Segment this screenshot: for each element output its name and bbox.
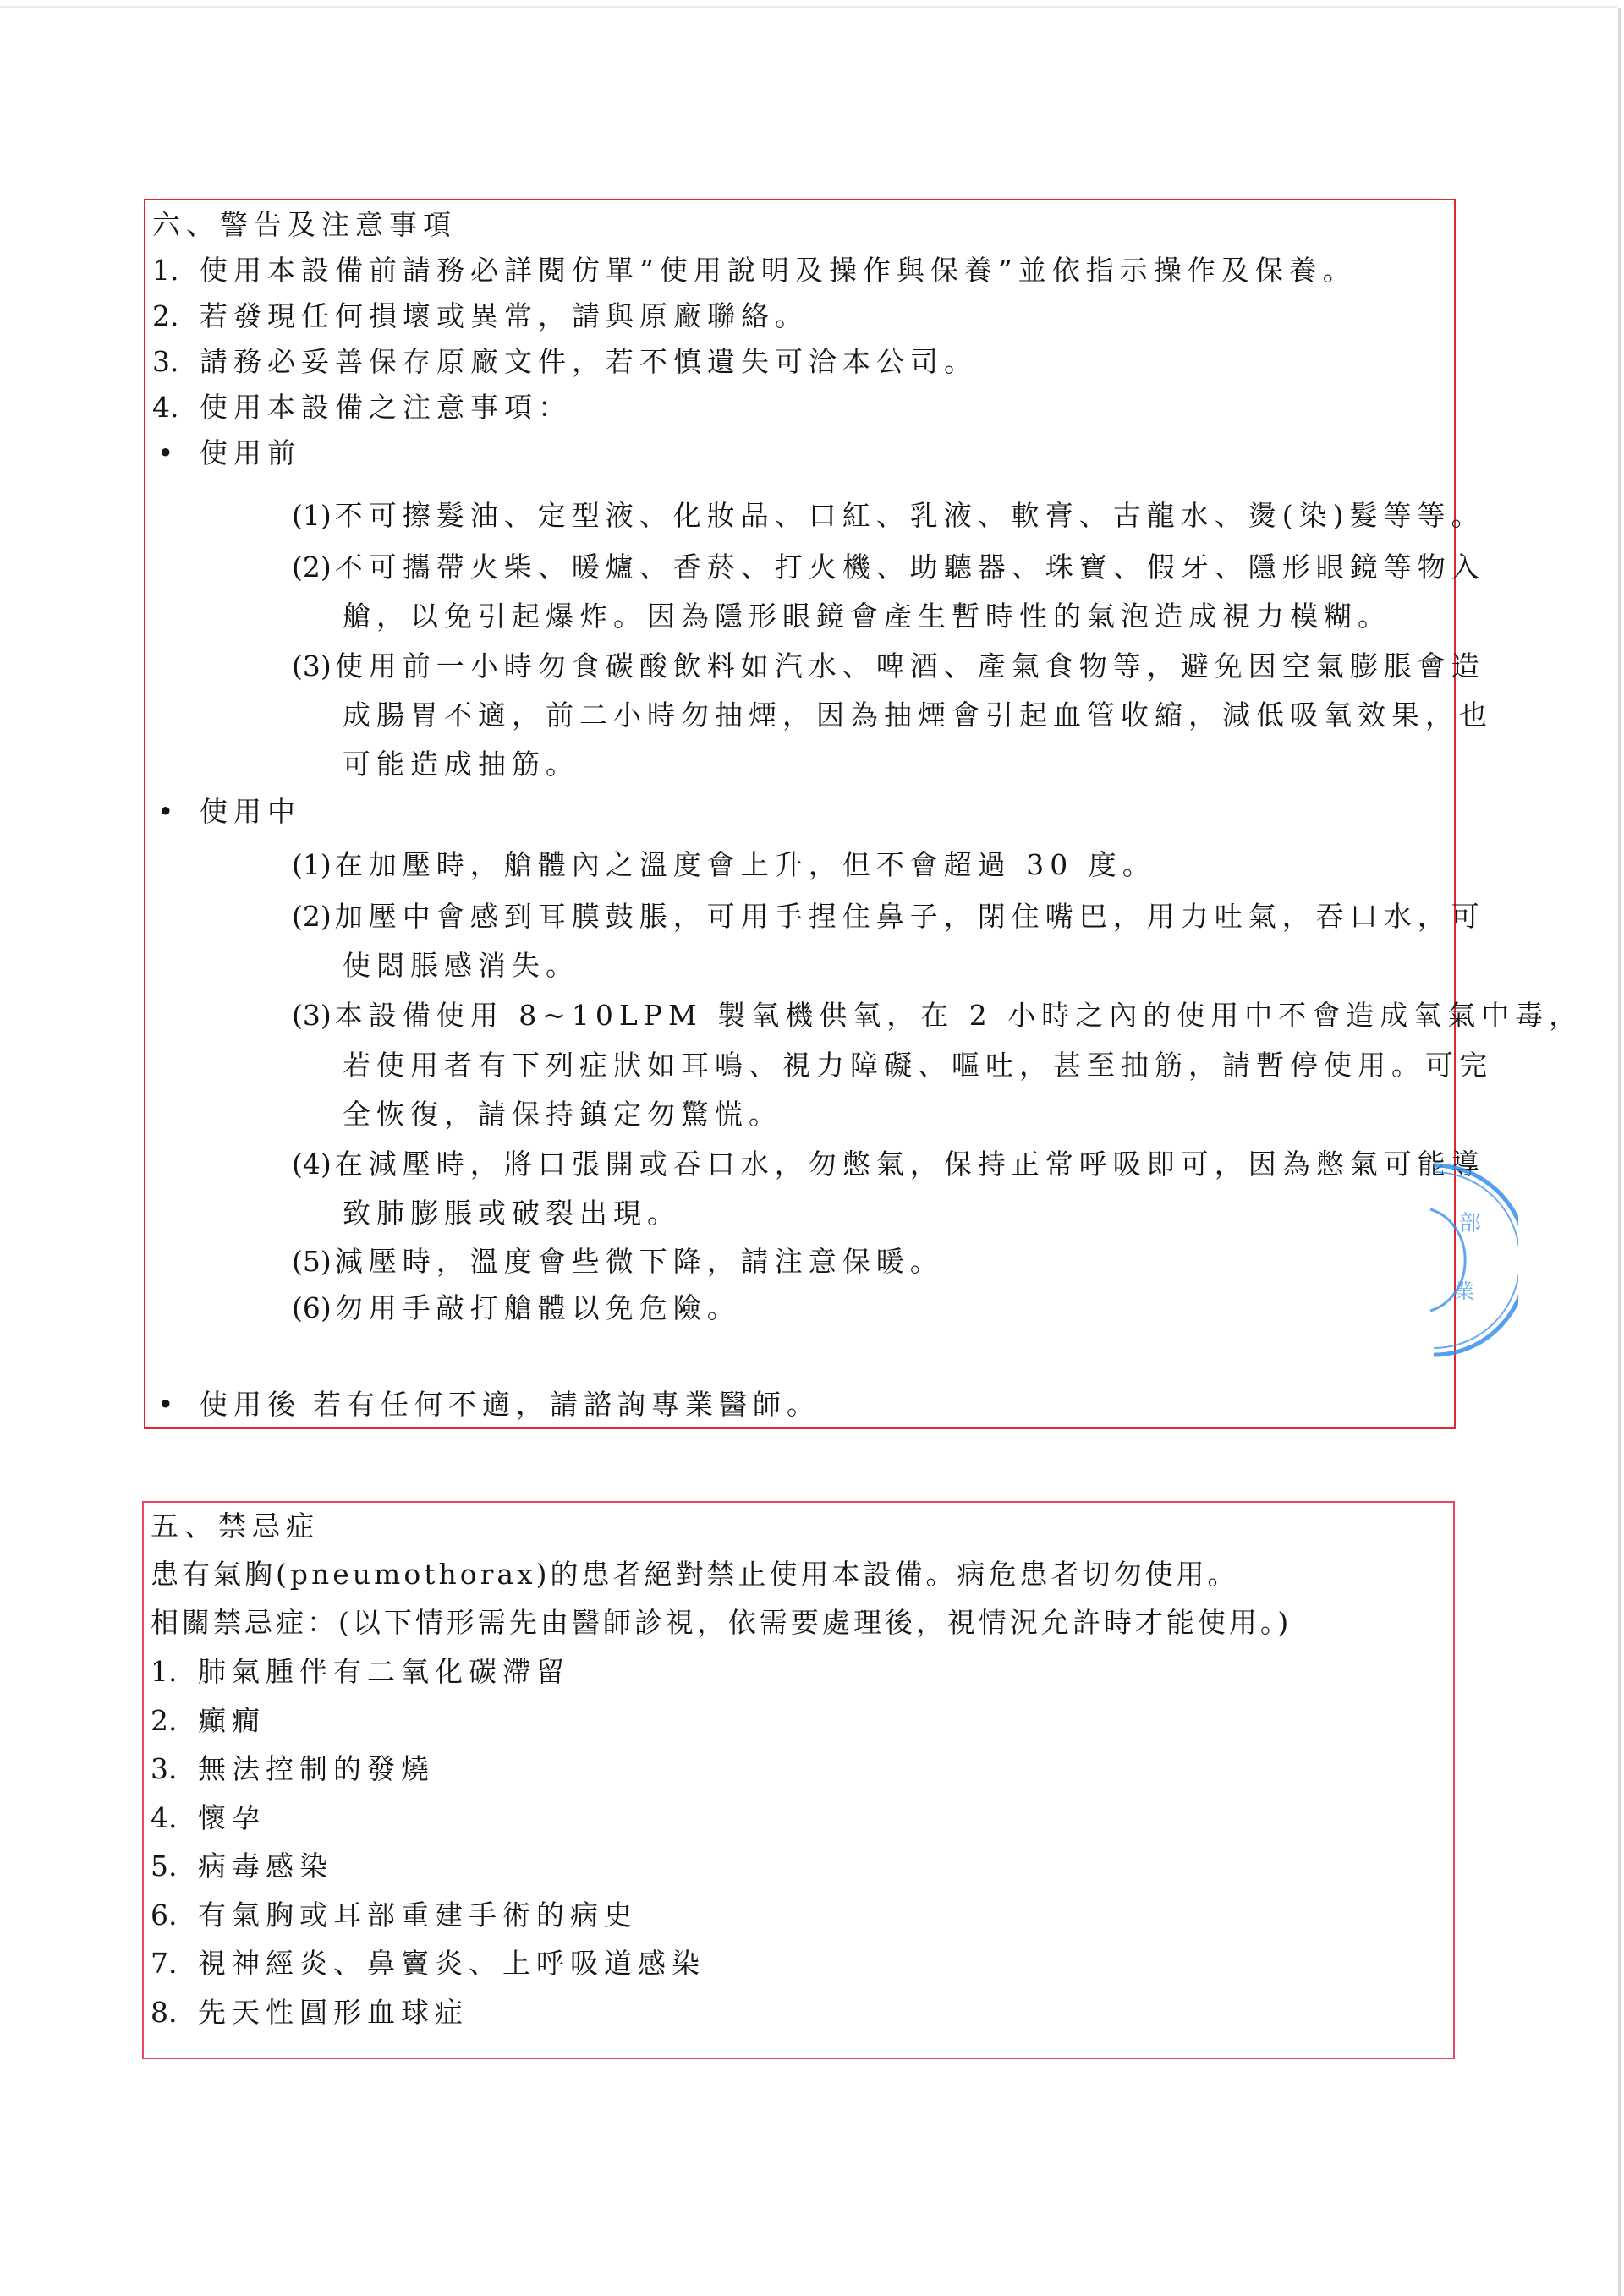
contraindication-item-5: 5.病毒感染 xyxy=(151,1849,333,1883)
sub-item-text: 加壓中會感到耳膜鼓脹，可用手捏住鼻子，閉住嘴巴，用力吐氣，吞口水，可 xyxy=(335,900,1485,933)
during-use-item-4: (4)在減壓時，將口張開或吞口水，勿憋氣，保持正常呼吸即可，因為憋氣可能導 xyxy=(292,1148,1485,1181)
item-number: 5. xyxy=(151,1849,198,1883)
sub-item-number: (4) xyxy=(292,1148,332,1181)
contraindications-heading: 五、禁忌症 xyxy=(151,1510,320,1543)
item-number: 3. xyxy=(151,1752,198,1786)
sub-item-number: (3) xyxy=(292,999,332,1032)
item-text: 有氣胸或耳部重建手術的病史 xyxy=(198,1899,638,1932)
item-number: 6. xyxy=(151,1899,198,1932)
sub-item-number: (3) xyxy=(292,649,332,682)
during-use-label: 使用中 xyxy=(200,795,301,828)
sub-item-text: 本設備使用 8~10LPM 製氧機供氧，在 2 小時之內的使用中不會造成氧氣中毒… xyxy=(335,999,1583,1032)
scan-edge-right xyxy=(1618,8,1621,2296)
sub-item-number: (6) xyxy=(292,1291,332,1324)
during-use-item-3-cont-1: 若使用者有下列症狀如耳鳴、視力障礙、嘔吐，甚至抽筋，請暫停使用。可完 xyxy=(343,1049,1493,1082)
item-number: 4. xyxy=(152,391,200,425)
warning-item-2: 2.若發現任何損壞或異常，請與原廠聯絡。 xyxy=(152,299,809,333)
during-use-item-5: (5)減壓時，溫度會些微下降，請注意保暖。 xyxy=(292,1245,944,1279)
before-use-item-3-cont-2: 可能造成抽筋。 xyxy=(343,748,579,781)
sub-item-text: 在減壓時，將口張開或吞口水，勿憋氣，保持正常呼吸即可，因為憋氣可能導 xyxy=(335,1148,1485,1181)
during-use-item-3-cont-2: 全恢復，請保持鎮定勿驚慌。 xyxy=(343,1098,782,1132)
item-number: 4. xyxy=(151,1801,198,1835)
item-text: 癲癇 xyxy=(198,1704,266,1737)
sub-item-text: 不可擦髮油、定型液、化妝品、口紅、乳液、軟膏、古龍水、燙(染)髮等等。 xyxy=(335,499,1485,532)
before-use-item-2-cont: 艙，以免引起爆炸。因為隱形眼鏡會產生暫時性的氣泡造成視力模糊。 xyxy=(343,600,1391,633)
sub-item-text: 不可攜帶火柴、暖爐、香菸、打火機、助聽器、珠寶、假牙、隱形眼鏡等物入 xyxy=(335,551,1485,584)
bullet-icon: • xyxy=(152,436,200,470)
sub-item-text: 在加壓時，艙體內之溫度會上升，但不會超過 30 度。 xyxy=(335,848,1156,881)
before-use-item-1: (1)不可擦髮油、定型液、化妝品、口紅、乳液、軟膏、古龍水、燙(染)髮等等。 xyxy=(292,499,1485,533)
item-text: 病毒感染 xyxy=(198,1849,333,1882)
item-text: 請務必妥善保存原廠文件，若不慎遺失可洽本公司。 xyxy=(200,345,978,378)
svg-text:業: 業 xyxy=(1454,1280,1474,1303)
contraindication-item-6: 6.有氣胸或耳部重建手術的病史 xyxy=(151,1899,638,1932)
before-use-item-3: (3)使用前一小時勿食碳酸飲料如汽水、啤酒、產氣食物等，避免因空氣膨脹會造 xyxy=(292,649,1485,683)
sub-item-number: (5) xyxy=(292,1245,332,1278)
item-text: 無法控制的發燒 xyxy=(198,1752,435,1785)
item-text: 若發現任何損壞或異常，請與原廠聯絡。 xyxy=(200,299,809,332)
warning-item-1: 1.使用本設備前請務必詳閱仿單”使用說明及操作與保養”並依指示操作及保養。 xyxy=(152,254,1357,288)
during-use-item-2: (2)加壓中會感到耳膜鼓脹，可用手捏住鼻子，閉住嘴巴，用力吐氣，吞口水，可 xyxy=(292,900,1485,934)
item-text: 肺氣腫伴有二氧化碳滯留 xyxy=(198,1655,570,1688)
after-use-line: •使用後若有任何不適，請諮詢專業醫師。 xyxy=(152,1388,820,1422)
item-number: 2. xyxy=(151,1704,198,1738)
warning-item-4: 4.使用本設備之注意事項： xyxy=(152,391,572,425)
item-number: 8. xyxy=(151,1996,198,2030)
contraindication-item-1: 1.肺氣腫伴有二氧化碳滯留 xyxy=(151,1655,570,1689)
during-use-item-6: (6)勿用手敲打艙體以免危險。 xyxy=(292,1291,741,1325)
item-number: 7. xyxy=(151,1947,198,1981)
contraindications-related: 相關禁忌症：(以下情形需先由醫師診視，依需要處理後，視情況允許時才能使用。) xyxy=(151,1606,1292,1640)
sub-item-text: 使用前一小時勿食碳酸飲料如汽水、啤酒、產氣食物等，避免因空氣膨脹會造 xyxy=(335,649,1485,682)
item-text: 使用本設備前請務必詳閱仿單”使用說明及操作與保養”並依指示操作及保養。 xyxy=(200,254,1357,287)
contraindications-intro: 患有氣胸(pneumothorax)的患者絕對禁止使用本設備。病危患者切勿使用。 xyxy=(151,1558,1239,1592)
sub-item-number: (1) xyxy=(292,848,332,881)
item-number: 2. xyxy=(152,299,200,333)
before-use-label: 使用前 xyxy=(200,436,301,469)
contraindication-item-2: 2.癲癇 xyxy=(151,1704,266,1738)
item-number: 1. xyxy=(151,1655,198,1689)
sub-item-number: (2) xyxy=(292,551,332,584)
sub-item-text: 勿用手敲打艙體以免危險。 xyxy=(335,1291,741,1324)
svg-text:部: 部 xyxy=(1459,1211,1481,1236)
during-use-heading: •使用中 xyxy=(152,795,301,829)
contraindication-item-8: 8.先天性圓形血球症 xyxy=(151,1996,469,2030)
contraindication-item-4: 4.懷孕 xyxy=(151,1801,266,1835)
before-use-item-2: (2)不可攜帶火柴、暖爐、香菸、打火機、助聽器、珠寶、假牙、隱形眼鏡等物入 xyxy=(292,551,1485,584)
during-use-item-2-cont: 使悶脹感消失。 xyxy=(343,949,579,983)
item-text: 懷孕 xyxy=(198,1801,266,1834)
item-text: 使用本設備之注意事項： xyxy=(200,391,572,424)
item-text: 先天性圓形血球症 xyxy=(198,1996,469,2029)
contraindication-item-3: 3.無法控制的發燒 xyxy=(151,1752,435,1786)
before-use-heading: •使用前 xyxy=(152,436,301,470)
item-text: 視神經炎、鼻竇炎、上呼吸道感染 xyxy=(198,1947,705,1980)
scan-edge-top xyxy=(0,6,1617,8)
sub-item-number: (2) xyxy=(292,900,332,933)
bullet-icon: • xyxy=(152,795,200,829)
item-number: 3. xyxy=(152,345,200,379)
after-use-label: 使用後 xyxy=(200,1388,301,1421)
after-use-text: 若有任何不適，請諮詢專業醫師。 xyxy=(313,1388,820,1421)
contraindication-item-7: 7.視神經炎、鼻竇炎、上呼吸道感染 xyxy=(151,1947,705,1981)
sub-item-text: 減壓時，溫度會些微下降，請注意保暖。 xyxy=(335,1245,944,1278)
sub-item-number: (1) xyxy=(292,499,332,532)
during-use-item-4-cont: 致肺膨脹或破裂出現。 xyxy=(343,1197,681,1230)
during-use-item-1: (1)在加壓時，艙體內之溫度會上升，但不會超過 30 度。 xyxy=(292,848,1156,882)
item-number: 1. xyxy=(152,254,200,288)
warnings-heading: 六、警告及注意事項 xyxy=(152,208,457,242)
bullet-icon: • xyxy=(152,1388,200,1422)
warning-item-3: 3.請務必妥善保存原廠文件，若不慎遺失可洽本公司。 xyxy=(152,345,978,379)
before-use-item-3-cont-1: 成腸胃不適，前二小時勿抽煙，因為抽煙會引起血管收縮，減低吸氧效果，也 xyxy=(343,699,1493,732)
during-use-item-3: (3)本設備使用 8~10LPM 製氧機供氧，在 2 小時之內的使用中不會造成氧… xyxy=(292,999,1583,1033)
